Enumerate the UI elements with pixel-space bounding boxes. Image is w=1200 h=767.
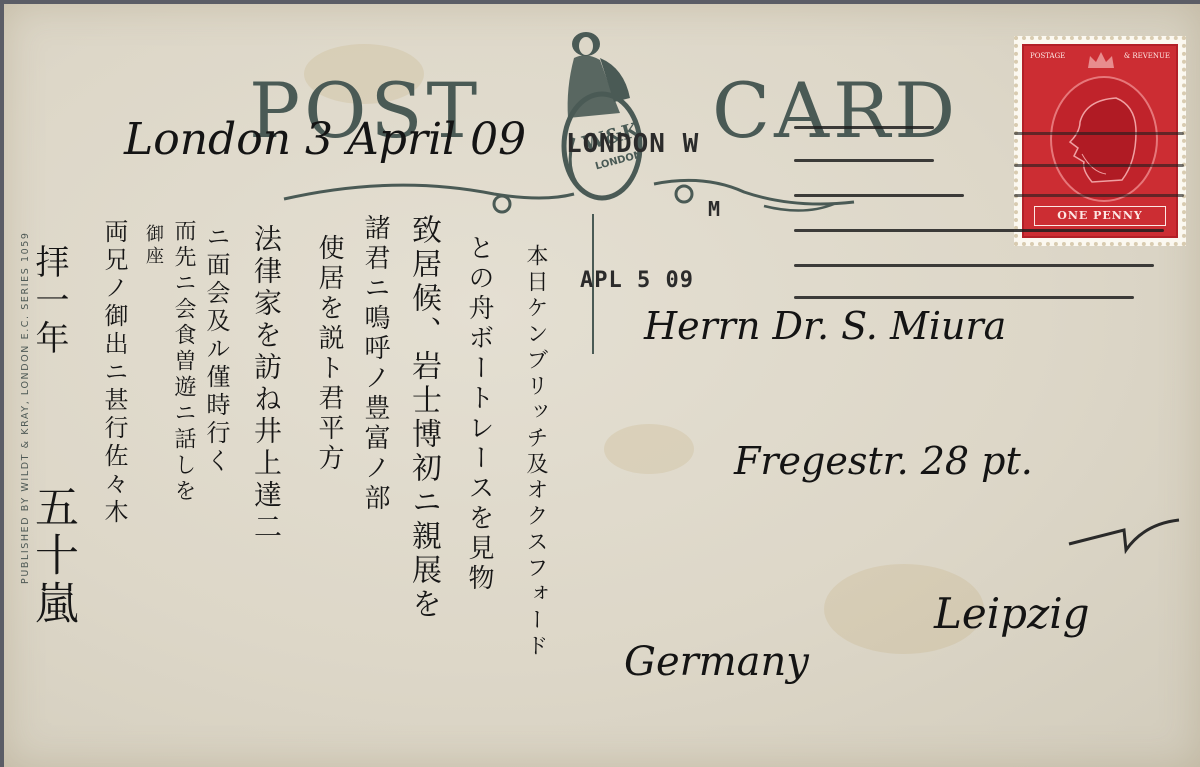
message-column-greeting: 拝一年 bbox=[32, 244, 66, 358]
message-column: 法律家を訪ね井上達二 bbox=[252, 224, 280, 544]
postage-stamp: POSTAGE & REVENUE ONE PENNY bbox=[1014, 36, 1186, 246]
message-column: ニ面会及ル僅時行く bbox=[204, 224, 228, 476]
king-profile-icon bbox=[1066, 92, 1142, 186]
message-column: 而先ニ会食曽遊ニ話しを bbox=[172, 219, 194, 505]
postcard: POST CARD W&K LONDON PUBLISHED BY WILDT … bbox=[4, 4, 1200, 767]
cancellation-line bbox=[794, 264, 1154, 267]
postmark-letter: M bbox=[708, 197, 721, 221]
message-column: 諸君ニ鳴呼ノ豊富ノ部 bbox=[362, 214, 388, 514]
message-column: 致居候、岩士博初ニ親展を bbox=[408, 214, 438, 622]
stamp-postage-label: POSTAGE bbox=[1030, 52, 1065, 60]
card-heading: CARD bbox=[712, 66, 959, 155]
stamp-face: POSTAGE & REVENUE ONE PENNY bbox=[1022, 44, 1178, 238]
stamp-revenue-label: & REVENUE bbox=[1124, 52, 1170, 60]
message-signature: 五十嵐 bbox=[30, 484, 74, 628]
address-city: Leipzig bbox=[934, 589, 1090, 638]
postmark-location: LONDON W bbox=[566, 129, 699, 159]
cancellation-line bbox=[794, 194, 964, 197]
message-column: 御座 bbox=[144, 224, 162, 268]
message-column: 両兄ノ御出ニ甚行佐々木 bbox=[102, 219, 126, 527]
address-recipient: Herrn Dr. S. Miura bbox=[644, 304, 1006, 348]
cancellation-line bbox=[794, 126, 934, 129]
cancellation-line bbox=[794, 296, 1134, 299]
stamp-value: ONE PENNY bbox=[1034, 206, 1166, 226]
cancellation-line bbox=[1014, 164, 1184, 167]
message-column: 本日ケンブリッチ及オクスフォード bbox=[524, 244, 546, 660]
checkmark-scribble bbox=[1064, 514, 1184, 554]
address-country: Germany bbox=[624, 639, 809, 685]
message-column: 使居を説ト君平方 bbox=[316, 234, 342, 474]
cancellation-line bbox=[1014, 194, 1184, 197]
cancellation-line bbox=[794, 229, 1164, 232]
cancellation-line bbox=[794, 159, 934, 162]
cancellation-line bbox=[1014, 132, 1184, 135]
crown-icon bbox=[1086, 50, 1116, 70]
handwritten-dateline: London 3 April 09 bbox=[124, 114, 526, 165]
king-portrait bbox=[1050, 76, 1158, 202]
message-column: との舟ボートレースを見物 bbox=[466, 234, 492, 594]
address-street: Fregestr. 28 pt. bbox=[734, 439, 1033, 483]
postmark-date: APL 5 09 bbox=[580, 268, 694, 293]
age-stain bbox=[604, 424, 694, 474]
